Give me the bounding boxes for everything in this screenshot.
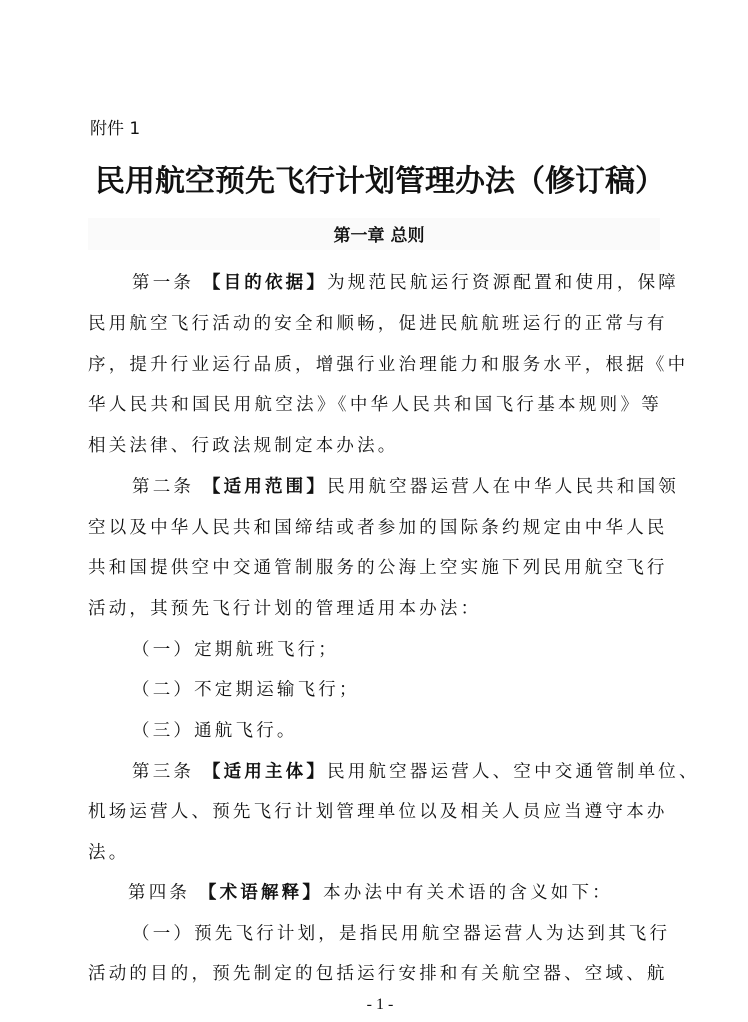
article-heading: 【目的依据】 [203,273,327,293]
article-number: 第二条 [132,477,194,497]
attachment-label: 附件 1 [90,114,140,139]
article-2-item-3: （三）通航飞行。 [88,719,662,743]
article-number: 第三条 [132,762,194,782]
article-1-line-1: 第一条 【目的依据】为规范民航运行资源配置和使用，保障 [88,271,662,295]
article-3-line-3: 法。 [88,841,662,865]
article-text: 本办法中有关术语的含义如下： [323,883,613,903]
article-3-line-2: 机场运营人、预先飞行计划管理单位以及相关人员应当遵守本办 [88,800,662,824]
article-2-line-4: 活动，其预先飞行计划的管理适用本办法： [88,597,662,621]
article-text: 民用航空器运营人在中华人民共和国领 [327,477,679,497]
article-1-line-5: 相关法律、行政法规制定本办法。 [88,434,662,458]
article-text: 为规范民航运行资源配置和使用，保障 [327,273,679,293]
article-heading: 【术语解释】 [199,883,323,903]
article-2-item-1: （一）定期航班飞行； [88,638,662,662]
article-1-line-4: 华人民共和国民用航空法》《中华人民共和国飞行基本规则》等 [88,393,662,417]
page-number: - 1 - [0,996,748,1014]
article-4-line-continuation: 活动的目的，预先制定的包括运行安排和有关航空器、空域、航 [88,962,662,986]
article-2-line-1: 第二条 【适用范围】民用航空器运营人在中华人民共和国领 [88,475,662,499]
article-number: 第四条 [128,883,190,903]
article-1-line-2: 民用航空飞行活动的安全和顺畅，促进民航航班运行的正常与有 [88,312,662,336]
document-page: 附件 1 民用航空预先飞行计划管理办法（修订稿） 第一章 总则 第一条 【目的依… [0,0,748,1022]
article-2-line-2: 空以及中华人民共和国缔结或者参加的国际条约规定由中华人民 [88,516,662,540]
article-3-line-1: 第三条 【适用主体】民用航空器运营人、空中交通管制单位、 [88,760,662,784]
article-2-item-2: （二）不定期运输飞行； [88,678,662,702]
article-1-line-3: 序，提升行业运行品质，增强行业治理能力和服务水平，根据《中 [88,353,662,377]
article-4-item-1: （一）预先飞行计划，是指民用航空器运营人为达到其飞行 [88,922,662,946]
article-heading: 【适用主体】 [203,762,327,782]
article-2-line-3: 共和国提供空中交通管制服务的公海上空实施下列民用航空飞行 [88,556,662,580]
article-4-line-1: 第四条 【术语解释】本办法中有关术语的含义如下： [88,881,662,905]
article-heading: 【适用范围】 [203,477,327,497]
article-text: 民用航空器运营人、空中交通管制单位、 [327,762,700,782]
article-number: 第一条 [132,273,194,293]
chapter-heading: 第一章 总则 [0,221,748,246]
document-title: 民用航空预先飞行计划管理办法（修订稿） [0,156,748,200]
